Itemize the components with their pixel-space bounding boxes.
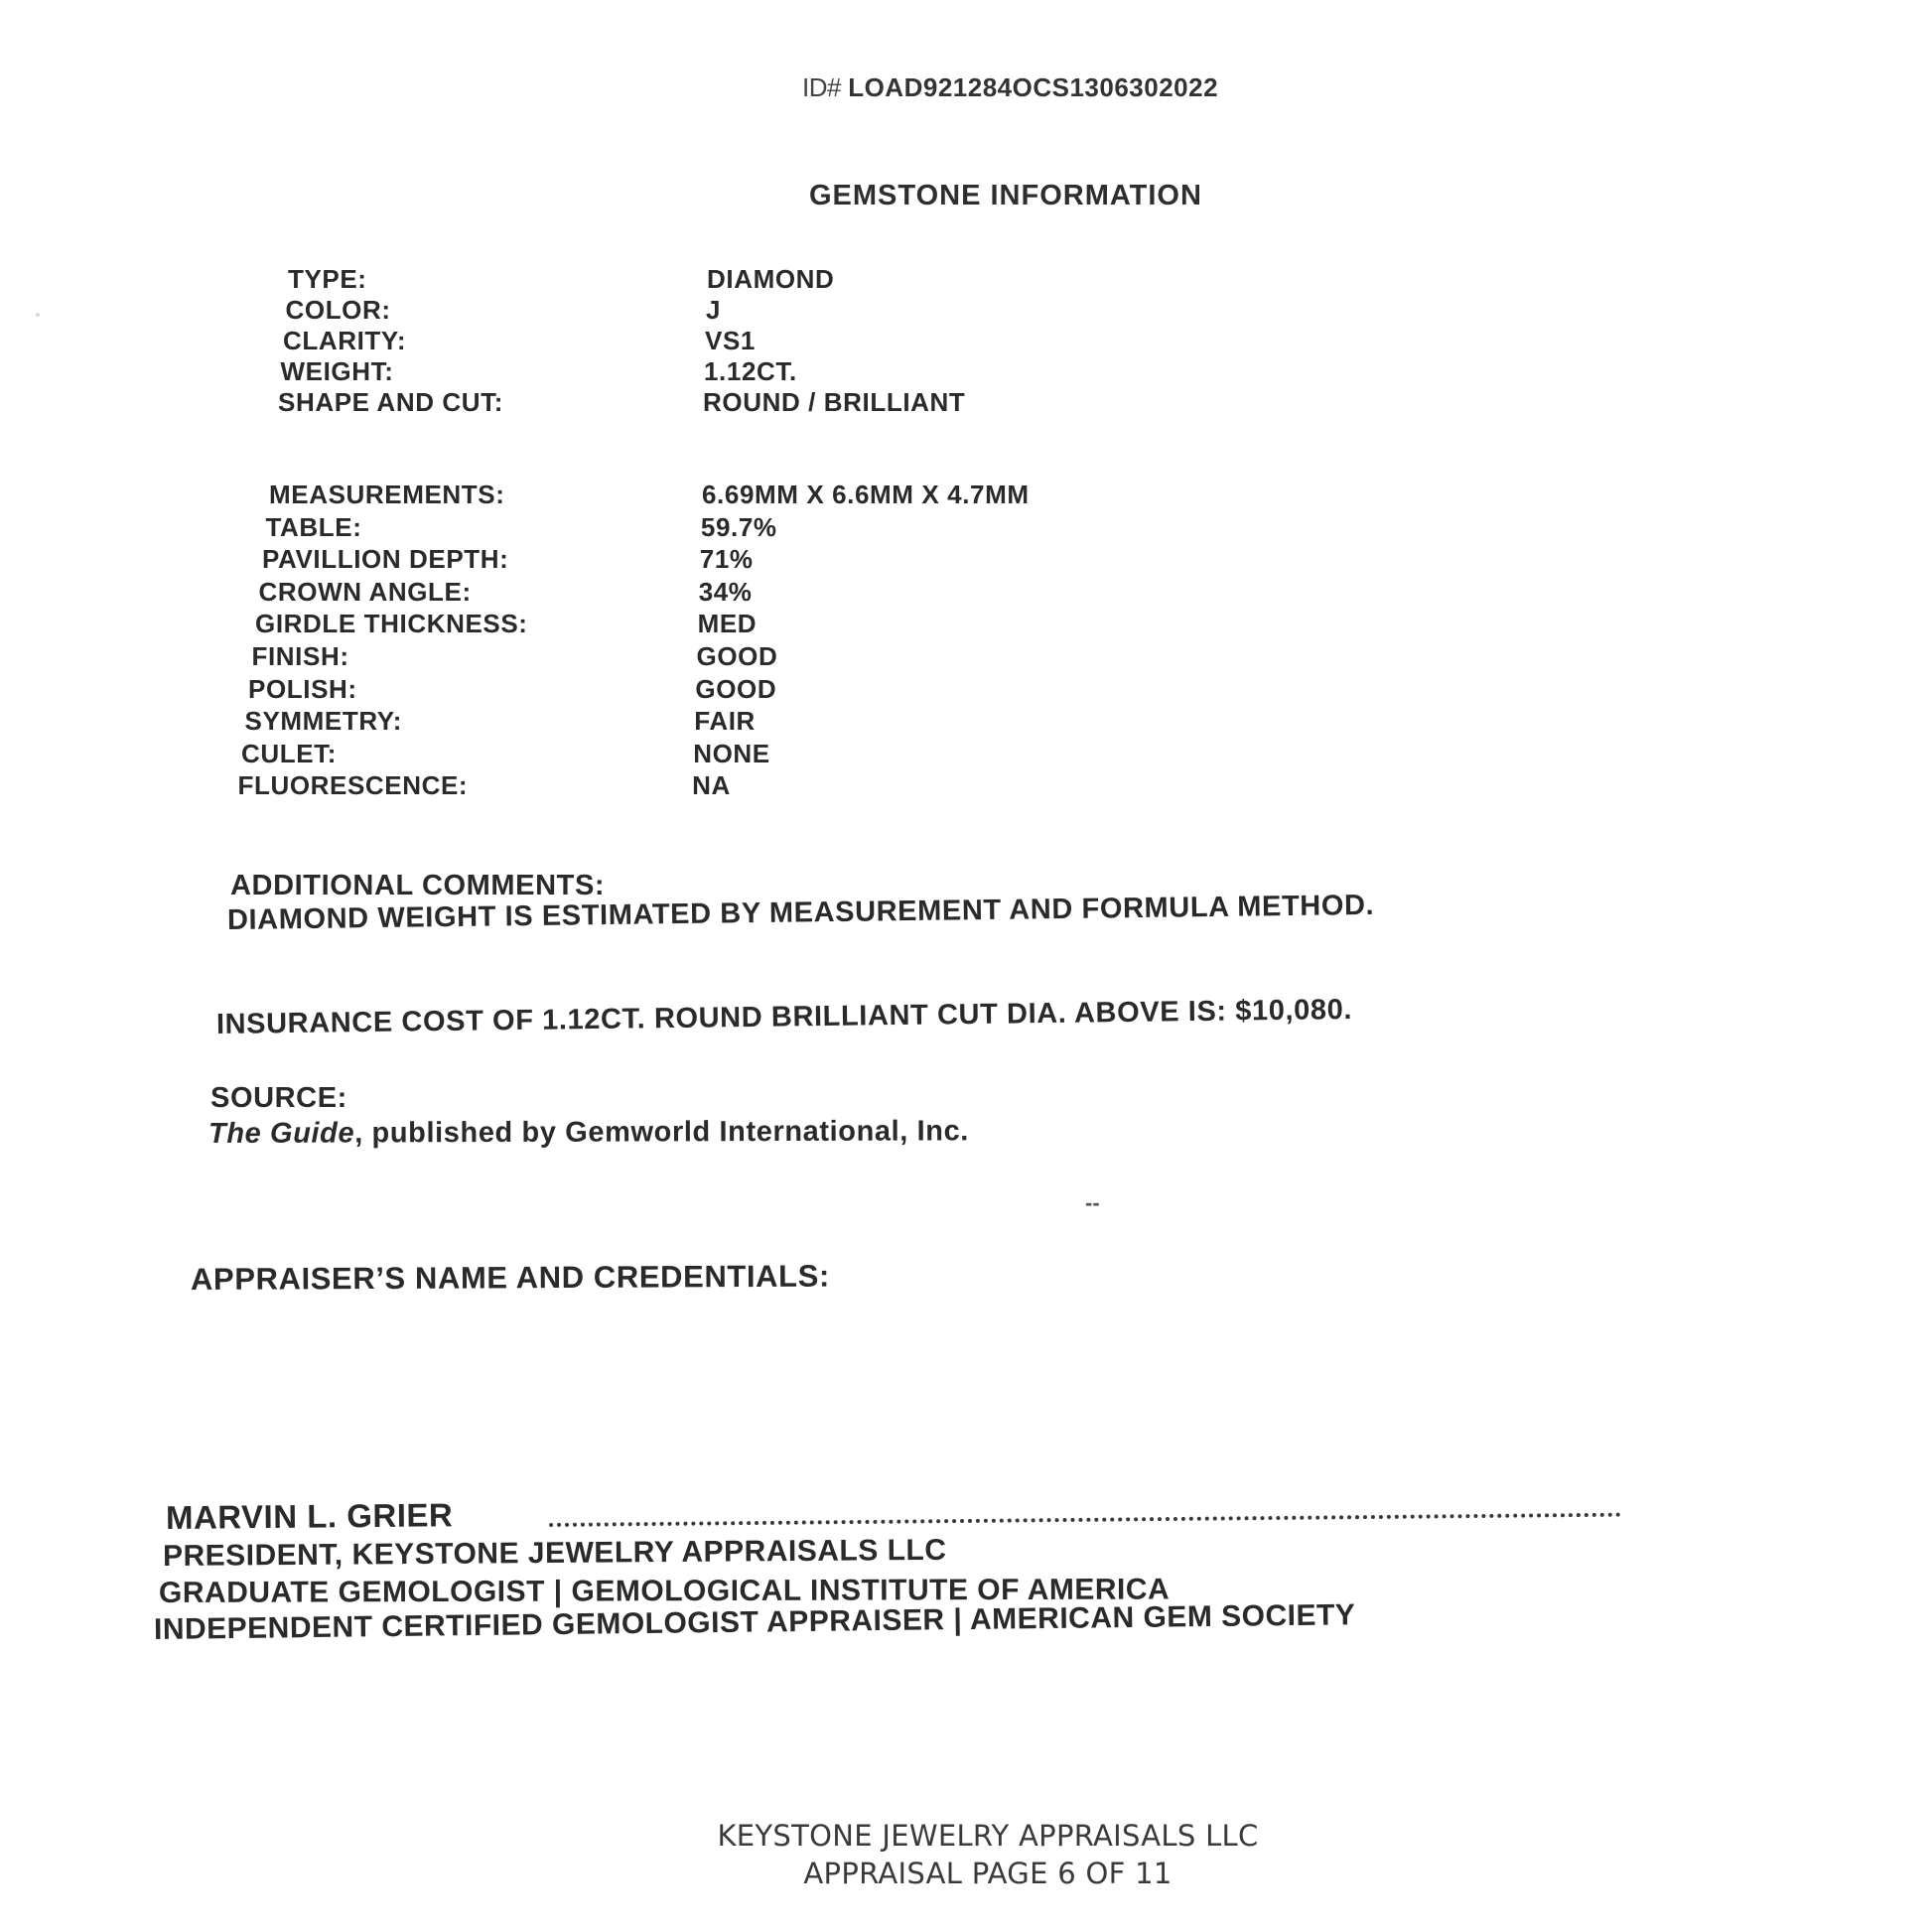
spec-value: ROUND / BRILLIANT: [703, 389, 965, 415]
source-publisher: , published by Gemworld International, I…: [354, 1115, 969, 1149]
spec-value: NONE: [693, 741, 770, 766]
paper-speck: [36, 313, 40, 317]
spec-value: 59.7%: [701, 514, 777, 540]
spec-value: 6.69MM X 6.6MM X 4.7MM: [702, 482, 1030, 507]
spec-label: TYPE:: [288, 266, 367, 292]
spec-value: GOOD: [695, 676, 776, 702]
spec-label: COLOR:: [286, 297, 391, 323]
source-heading: SOURCE:: [210, 1084, 347, 1113]
spec-value: GOOD: [697, 643, 778, 669]
spec-value: NA: [692, 772, 731, 798]
spec-label: CULET:: [241, 741, 337, 766]
separator-dash: --: [1085, 1192, 1100, 1214]
spec-value: MED: [698, 611, 758, 636]
source-title: The Guide: [208, 1117, 354, 1150]
appraiser-name: MARVIN L. GRIER: [166, 1498, 454, 1534]
spec-label: TABLE:: [266, 514, 362, 540]
spec-label: FINISH:: [252, 643, 349, 669]
spec-label: PAVILLION DEPTH:: [262, 546, 508, 572]
spec-label: CROWN ANGLE:: [259, 579, 472, 605]
page-title: GEMSTONE INFORMATION: [809, 182, 1202, 210]
source-body: The Guide, published by Gemworld Interna…: [208, 1117, 969, 1149]
spec-value: 71%: [700, 546, 754, 572]
spec-value: VS1: [705, 328, 756, 353]
spec-label: GIRDLE THICKNESS:: [255, 611, 528, 636]
signature-dotted-line: [549, 1493, 1621, 1527]
document-id-value: LOAD921284OCS1306302022: [848, 72, 1218, 102]
insurance-cost: INSURANCE COST OF 1.12CT. ROUND BRILLIAN…: [216, 996, 1352, 1039]
appraiser-title: PRESIDENT, KEYSTONE JEWELRY APPRAISALS L…: [163, 1536, 947, 1572]
spec-label: SHAPE AND CUT:: [278, 389, 503, 415]
footer-company: KEYSTONE JEWELRY APPRAISALS LLC: [0, 1822, 1932, 1851]
spec-label: SYMMETRY:: [245, 708, 403, 734]
spec-label: MEASUREMENTS:: [269, 482, 504, 507]
spec-value: FAIR: [694, 708, 756, 734]
document-id-prefix: ID#: [802, 72, 841, 102]
spec-label: POLISH:: [248, 676, 357, 702]
spec-value: 1.12CT.: [704, 358, 797, 384]
appraisal-page: ID# LOAD921284OCS1306302022 GEMSTONE INF…: [0, 0, 1932, 1932]
appraiser-heading: APPRAISER’S NAME AND CREDENTIALS:: [191, 1261, 830, 1295]
footer-page-number: APPRAISAL PAGE 6 OF 11: [0, 1860, 1932, 1888]
spec-value: DIAMOND: [707, 266, 834, 292]
spec-label: WEIGHT:: [281, 358, 394, 384]
comments-heading: ADDITIONAL COMMENTS:: [230, 872, 605, 900]
document-id: ID# LOAD921284OCS1306302022: [802, 74, 1218, 100]
spec-label: CLARITY:: [283, 328, 406, 353]
spec-value: 34%: [699, 579, 753, 605]
spec-value: J: [706, 297, 721, 323]
spec-label: FLUORESCENCE:: [238, 772, 469, 798]
